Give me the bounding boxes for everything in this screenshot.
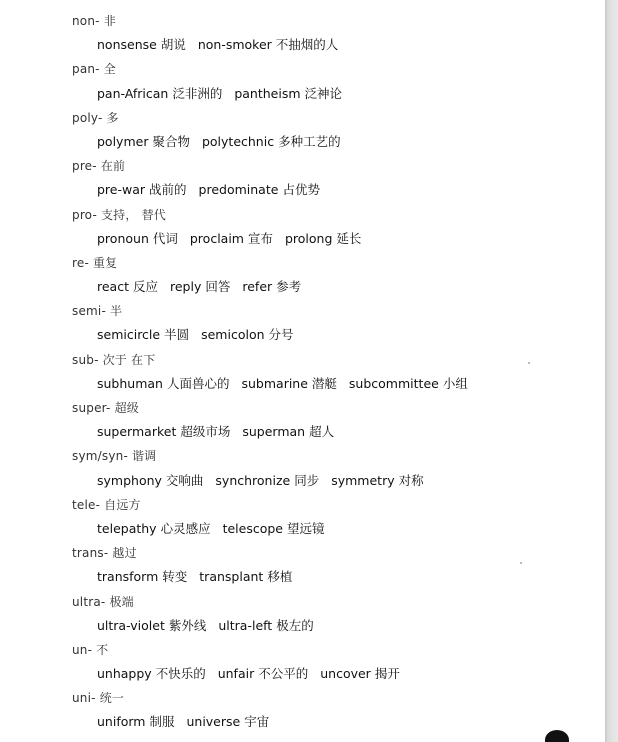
example-translation: 不快乐的 xyxy=(156,666,206,681)
prefix-term: poly- xyxy=(72,111,103,125)
example-line: unhappy不快乐的 unfair不公平的 uncover揭开 xyxy=(0,662,600,686)
example-translation: 人面兽心的 xyxy=(167,376,230,391)
example-item: telescope望远镜 xyxy=(223,521,325,536)
example-translation: 参考 xyxy=(276,279,301,294)
prefix-term: un- xyxy=(72,643,92,657)
example-word: transplant xyxy=(199,569,263,584)
prefix-meaning: 越过 xyxy=(112,546,136,560)
example-line: symphony交响曲 synchronize同步 symmetry对称 xyxy=(0,469,600,493)
prefix-meaning: 多 xyxy=(107,111,119,125)
example-word: telepathy xyxy=(97,521,157,536)
example-line: telepathy心灵感应 telescope望远镜 xyxy=(0,517,600,541)
example-translation: 多种工艺的 xyxy=(278,134,341,149)
prefix-term: uni- xyxy=(72,691,96,705)
example-translation: 宣布 xyxy=(248,231,273,246)
prefix-meaning: 次于 在下 xyxy=(103,353,156,367)
example-item: nonsense胡说 xyxy=(97,37,186,52)
example-translation: 聚合物 xyxy=(152,134,190,149)
example-word: uniform xyxy=(97,714,145,729)
example-word: subhuman xyxy=(97,376,163,391)
prefix-heading: ultra-极端 xyxy=(0,590,600,614)
example-line: pan-African泛非洲的 pantheism泛神论 xyxy=(0,82,600,106)
example-item: pan-African泛非洲的 xyxy=(97,86,222,101)
example-word: symmetry xyxy=(331,473,394,488)
example-word: nonsense xyxy=(97,37,157,52)
prefix-heading: non-非 xyxy=(0,9,600,33)
example-word: react xyxy=(97,279,129,294)
example-word: submarine xyxy=(241,376,307,391)
prefix-meaning: 极端 xyxy=(109,595,133,609)
prefix-term: non- xyxy=(72,14,100,28)
document-page: non-非 nonsense胡说 non-smoker不抽烟的人 pan-全 p… xyxy=(0,0,605,742)
example-word: ultra-left xyxy=(218,618,272,633)
example-item: symphony交响曲 xyxy=(97,473,203,488)
example-line: pronoun代词 proclaim宣布 prolong延长 xyxy=(0,227,600,251)
example-translation: 反应 xyxy=(133,279,158,294)
example-word: telescope xyxy=(223,521,283,536)
prefix-heading: sym/syn-谐调 xyxy=(0,444,600,468)
prefix-heading: pre-在前 xyxy=(0,154,600,178)
example-item: supermarket超级市场 xyxy=(97,424,230,439)
example-item: react反应 xyxy=(97,279,158,294)
prefix-heading: pro-支持， 替代 xyxy=(0,203,600,227)
prefix-term: pan- xyxy=(72,62,100,76)
example-word: supermarket xyxy=(97,424,176,439)
example-item: reply回答 xyxy=(170,279,230,294)
example-translation: 对称 xyxy=(399,473,424,488)
prefix-meaning: 半 xyxy=(110,304,122,318)
example-item: ultra-left极左的 xyxy=(218,618,313,633)
prefix-heading: sub-次于 在下 xyxy=(0,348,600,372)
example-word: reply xyxy=(170,279,201,294)
example-translation: 延长 xyxy=(336,231,361,246)
example-item: symmetry对称 xyxy=(331,473,423,488)
example-item: subcommittee小组 xyxy=(349,376,468,391)
example-word: superman xyxy=(242,424,305,439)
prefix-meaning: 全 xyxy=(104,62,116,76)
example-item: predominate占优势 xyxy=(199,182,320,197)
example-translation: 同步 xyxy=(294,473,319,488)
example-item: pronoun代词 xyxy=(97,231,178,246)
example-item: semicircle半圆 xyxy=(97,327,189,342)
example-translation: 不抽烟的人 xyxy=(276,37,339,52)
example-translation: 揭开 xyxy=(375,666,400,681)
example-item: unfair不公平的 xyxy=(218,666,309,681)
prefix-meaning: 非 xyxy=(104,14,116,28)
example-item: telepathy心灵感应 xyxy=(97,521,211,536)
prefix-term: semi- xyxy=(72,304,106,318)
prefix-list: non-非 nonsense胡说 non-smoker不抽烟的人 pan-全 p… xyxy=(0,9,600,735)
example-word: proclaim xyxy=(190,231,244,246)
example-word: pantheism xyxy=(234,86,300,101)
example-item: transform转变 xyxy=(97,569,187,584)
example-word: prolong xyxy=(285,231,332,246)
example-translation: 制服 xyxy=(149,714,174,729)
example-item: semicolon分号 xyxy=(201,327,293,342)
example-translation: 宇宙 xyxy=(244,714,269,729)
prefix-heading: uni-统一 xyxy=(0,686,600,710)
example-translation: 转变 xyxy=(162,569,187,584)
prefix-term: pre- xyxy=(72,159,97,173)
prefix-meaning: 重复 xyxy=(93,256,117,270)
example-line: ultra-violet紫外线 ultra-left极左的 xyxy=(0,614,600,638)
example-item: uncover揭开 xyxy=(320,666,400,681)
prefix-term: ultra- xyxy=(72,595,105,609)
example-item: pre-war战前的 xyxy=(97,182,187,197)
example-line: transform转变 transplant移植 xyxy=(0,565,600,589)
prefix-heading: pan-全 xyxy=(0,57,600,81)
example-item: polymer聚合物 xyxy=(97,134,190,149)
example-translation: 移植 xyxy=(267,569,292,584)
example-translation: 占优势 xyxy=(282,182,320,197)
prefix-meaning: 在前 xyxy=(101,159,125,173)
prefix-heading: trans-越过 xyxy=(0,541,600,565)
example-translation: 战前的 xyxy=(149,182,187,197)
example-item: unhappy不快乐的 xyxy=(97,666,206,681)
example-word: transform xyxy=(97,569,158,584)
example-translation: 小组 xyxy=(443,376,468,391)
prefix-meaning: 不 xyxy=(96,643,108,657)
example-item: submarine潜艇 xyxy=(241,376,336,391)
example-word: symphony xyxy=(97,473,162,488)
example-line: nonsense胡说 non-smoker不抽烟的人 xyxy=(0,33,600,57)
example-line: pre-war战前的 predominate占优势 xyxy=(0,178,600,202)
prefix-heading: poly-多 xyxy=(0,106,600,130)
example-item: polytechnic多种工艺的 xyxy=(202,134,341,149)
example-line: supermarket超级市场 superman超人 xyxy=(0,420,600,444)
example-word: semicolon xyxy=(201,327,264,342)
prefix-term: re- xyxy=(72,256,89,270)
example-word: polymer xyxy=(97,134,148,149)
prefix-meaning: 统一 xyxy=(100,691,124,705)
example-item: uniform制服 xyxy=(97,714,174,729)
example-item: synchronize同步 xyxy=(215,473,319,488)
example-item: superman超人 xyxy=(242,424,334,439)
page-edge-shadow xyxy=(605,0,618,742)
example-translation: 心灵感应 xyxy=(161,521,211,536)
example-line: react反应 reply回答 refer参考 xyxy=(0,275,600,299)
prefix-heading: un-不 xyxy=(0,638,600,662)
example-item: non-smoker不抽烟的人 xyxy=(198,37,338,52)
example-word: ultra-violet xyxy=(97,618,165,633)
example-translation: 半圆 xyxy=(164,327,189,342)
example-item: universe宇宙 xyxy=(186,714,269,729)
prefix-heading: re-重复 xyxy=(0,251,600,275)
example-translation: 胡说 xyxy=(161,37,186,52)
prefix-meaning: 支持， 替代 xyxy=(101,208,166,222)
prefix-term: super- xyxy=(72,401,111,415)
example-word: pan-African xyxy=(97,86,168,101)
prefix-term: tele- xyxy=(72,498,100,512)
scan-speck xyxy=(520,562,522,564)
prefix-meaning: 自远方 xyxy=(104,498,141,512)
example-line: uniform制服 universe宇宙 xyxy=(0,710,600,734)
example-item: ultra-violet紫外线 xyxy=(97,618,206,633)
prefix-term: sym/syn- xyxy=(72,449,128,463)
example-translation: 泛神论 xyxy=(305,86,343,101)
example-item: pantheism泛神论 xyxy=(234,86,342,101)
prefix-meaning: 谐调 xyxy=(132,449,156,463)
prefix-heading: tele-自远方 xyxy=(0,493,600,517)
example-item: transplant移植 xyxy=(199,569,292,584)
example-word: pronoun xyxy=(97,231,149,246)
example-translation: 代词 xyxy=(153,231,178,246)
example-word: pre-war xyxy=(97,182,145,197)
example-word: unhappy xyxy=(97,666,152,681)
example-translation: 回答 xyxy=(205,279,230,294)
example-word: synchronize xyxy=(215,473,290,488)
example-item: subhuman人面兽心的 xyxy=(97,376,230,391)
prefix-term: pro- xyxy=(72,208,97,222)
example-word: refer xyxy=(242,279,272,294)
prefix-term: trans- xyxy=(72,546,108,560)
example-line: semicircle半圆 semicolon分号 xyxy=(0,323,600,347)
example-word: uncover xyxy=(320,666,371,681)
example-item: refer参考 xyxy=(242,279,301,294)
example-translation: 分号 xyxy=(269,327,294,342)
example-word: universe xyxy=(186,714,240,729)
example-translation: 紫外线 xyxy=(169,618,207,633)
example-translation: 潜艇 xyxy=(312,376,337,391)
example-line: polymer聚合物 polytechnic多种工艺的 xyxy=(0,130,600,154)
example-word: unfair xyxy=(218,666,255,681)
example-translation: 泛非洲的 xyxy=(172,86,222,101)
example-translation: 极左的 xyxy=(276,618,314,633)
example-line: subhuman人面兽心的 submarine潜艇 subcommittee小组 xyxy=(0,372,600,396)
prefix-term: sub- xyxy=(72,353,99,367)
scan-speck xyxy=(528,362,530,364)
example-translation: 超人 xyxy=(309,424,334,439)
prefix-meaning: 超级 xyxy=(115,401,139,415)
example-item: proclaim宣布 xyxy=(190,231,273,246)
prefix-heading: super-超级 xyxy=(0,396,600,420)
example-word: polytechnic xyxy=(202,134,274,149)
example-word: subcommittee xyxy=(349,376,439,391)
example-word: predominate xyxy=(199,182,279,197)
prefix-heading: semi-半 xyxy=(0,299,600,323)
example-word: non-smoker xyxy=(198,37,272,52)
example-translation: 望远镜 xyxy=(287,521,325,536)
example-translation: 交响曲 xyxy=(166,473,204,488)
example-word: semicircle xyxy=(97,327,160,342)
example-item: prolong延长 xyxy=(285,231,361,246)
example-translation: 超级市场 xyxy=(180,424,230,439)
example-translation: 不公平的 xyxy=(258,666,308,681)
